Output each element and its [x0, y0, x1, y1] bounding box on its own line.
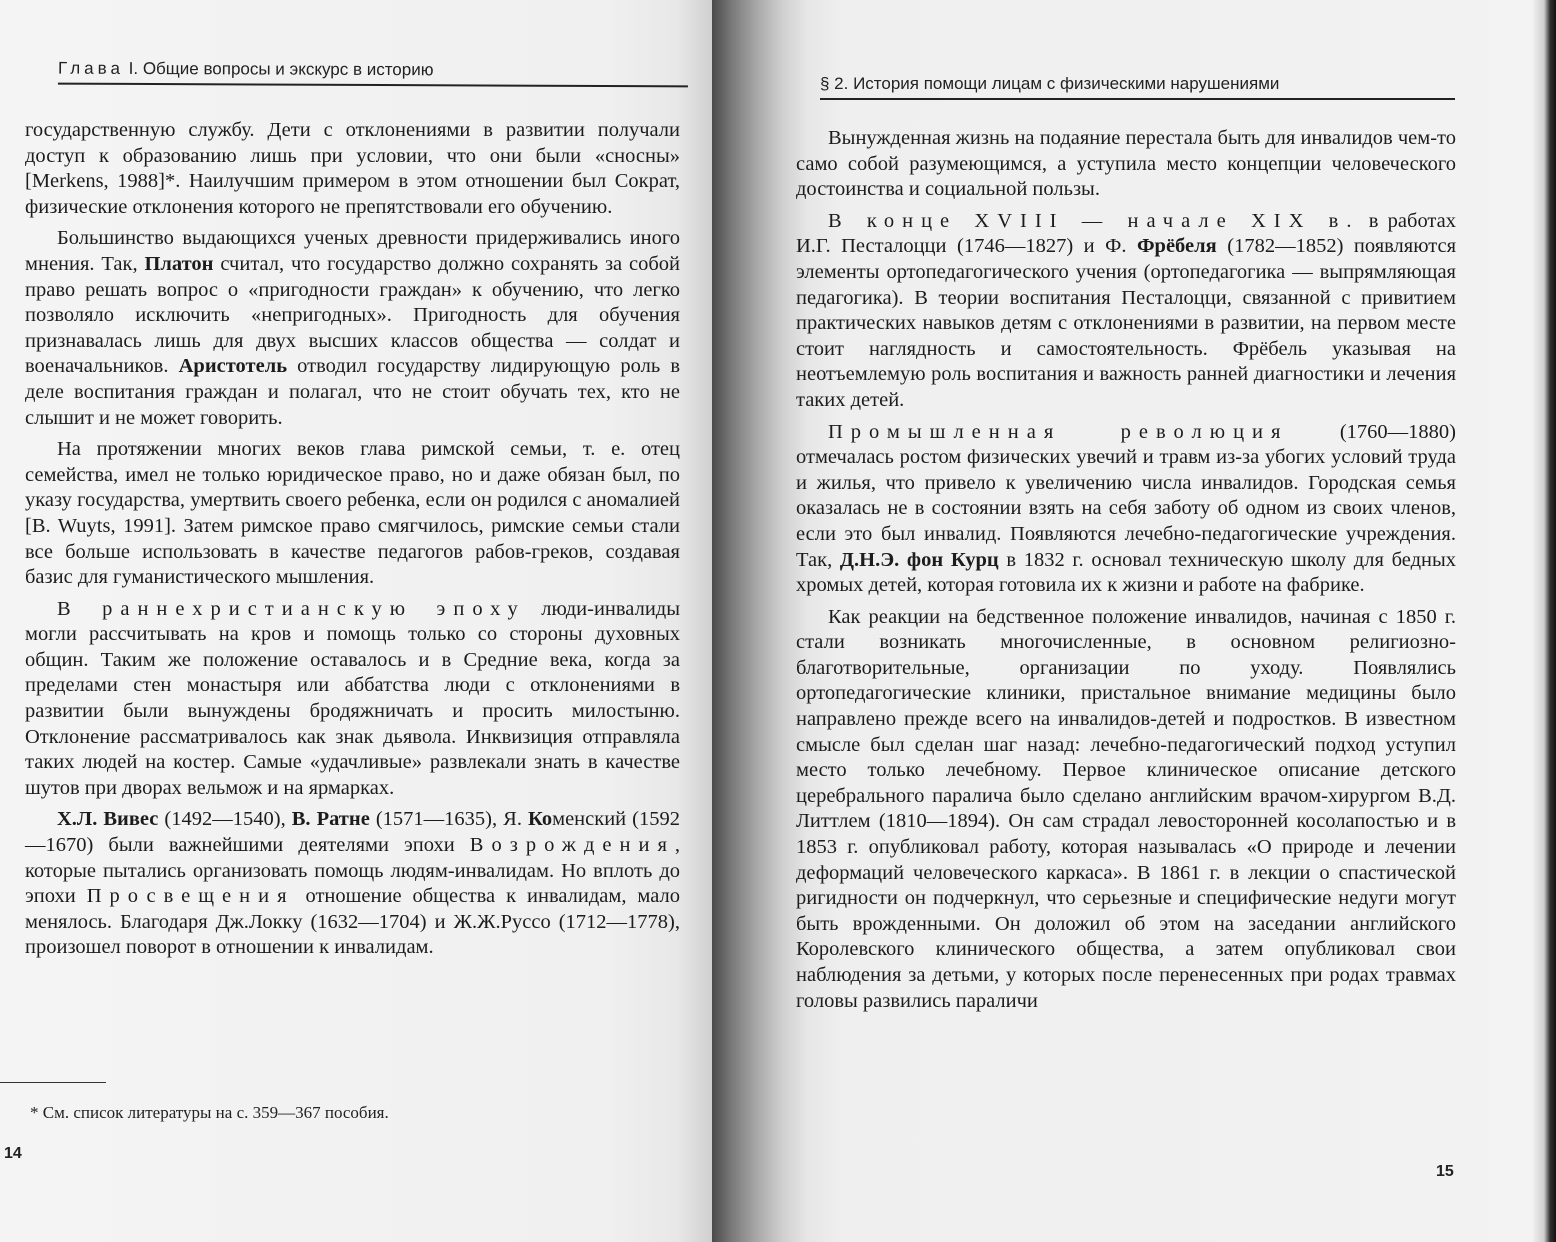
bold-name: Платон	[144, 253, 213, 275]
paragraph: Промышленная революция (1760—1880) отмеч…	[796, 420, 1456, 599]
paragraph: Большинство выдающихся ученых древности …	[25, 226, 680, 431]
bold-name: Д.Н.Э. фон Курц	[840, 549, 999, 571]
spaced-emphasis: В конце XVIII — начале XIX в.	[828, 210, 1359, 232]
paragraph: государственную службу. Дети с отклонени…	[25, 118, 680, 220]
text-run: Как реакции на бедственное положение инв…	[796, 606, 1456, 1012]
footnote-divider	[0, 1082, 106, 1083]
bold-name: Аристотель	[179, 355, 287, 377]
spaced-emphasis: Промышленная революция	[828, 421, 1288, 443]
bold-name: В. Ратне	[292, 808, 370, 830]
chapter-number: I.	[129, 59, 139, 78]
text-run: (1571—1635), Я.	[370, 808, 528, 830]
paragraph: Как реакции на бедственное положение инв…	[796, 605, 1456, 1015]
left-page: Глава I. Общие вопросы и экскурс в истор…	[0, 0, 712, 1242]
bold-name: Х.Л. Вивес	[57, 808, 158, 830]
text-run: На протяжении многих веков глава римской…	[25, 438, 680, 588]
footnote: * См. список литературы на с. 359—367 по…	[30, 1103, 389, 1123]
spaced-emphasis: Возрождения	[470, 834, 675, 856]
paragraph: Вынужденная жизнь на подаяние перестала …	[796, 126, 1456, 203]
page-number-left: 14	[4, 1145, 22, 1163]
chapter-word: Глава	[58, 59, 124, 78]
text-run: люди-инвалиды могли рассчитывать на кров…	[25, 598, 680, 799]
bold-name: Ко	[528, 808, 552, 830]
text-run: (1492—1540),	[158, 808, 291, 830]
bold-name: Фрёбеля	[1137, 235, 1217, 257]
text-run: Вынужденная жизнь на подаяние перестала …	[796, 127, 1456, 200]
page-number-right: 15	[1436, 1163, 1454, 1181]
running-head-right: § 2. История помощи лицам с физическими …	[820, 74, 1455, 100]
text-run: государственную службу. Дети с отклонени…	[25, 119, 680, 218]
paragraph: Х.Л. Вивес (1492—1540), В. Ратне (1571—1…	[25, 807, 680, 961]
right-body-text: Вынужденная жизнь на подаяние перестала …	[796, 126, 1456, 1014]
text-run: (1782—1852) появляются элементы ортопеда…	[796, 235, 1456, 411]
paragraph: На протяжении многих веков глава римской…	[25, 437, 680, 591]
chapter-title: Общие вопросы и экскурс в историю	[143, 59, 434, 79]
paragraph: В конце XVIII — начале XIX в. в работах …	[796, 209, 1456, 414]
paragraph: В раннехристианскую эпоху люди-инвалиды …	[25, 597, 680, 802]
spaced-emphasis: В раннехристианскую эпоху	[57, 598, 526, 620]
left-body-text: государственную службу. Дети с отклонени…	[25, 118, 680, 961]
running-head-left: Глава I. Общие вопросы и экскурс в истор…	[58, 59, 688, 88]
spaced-emphasis: Просвещения	[87, 885, 295, 907]
